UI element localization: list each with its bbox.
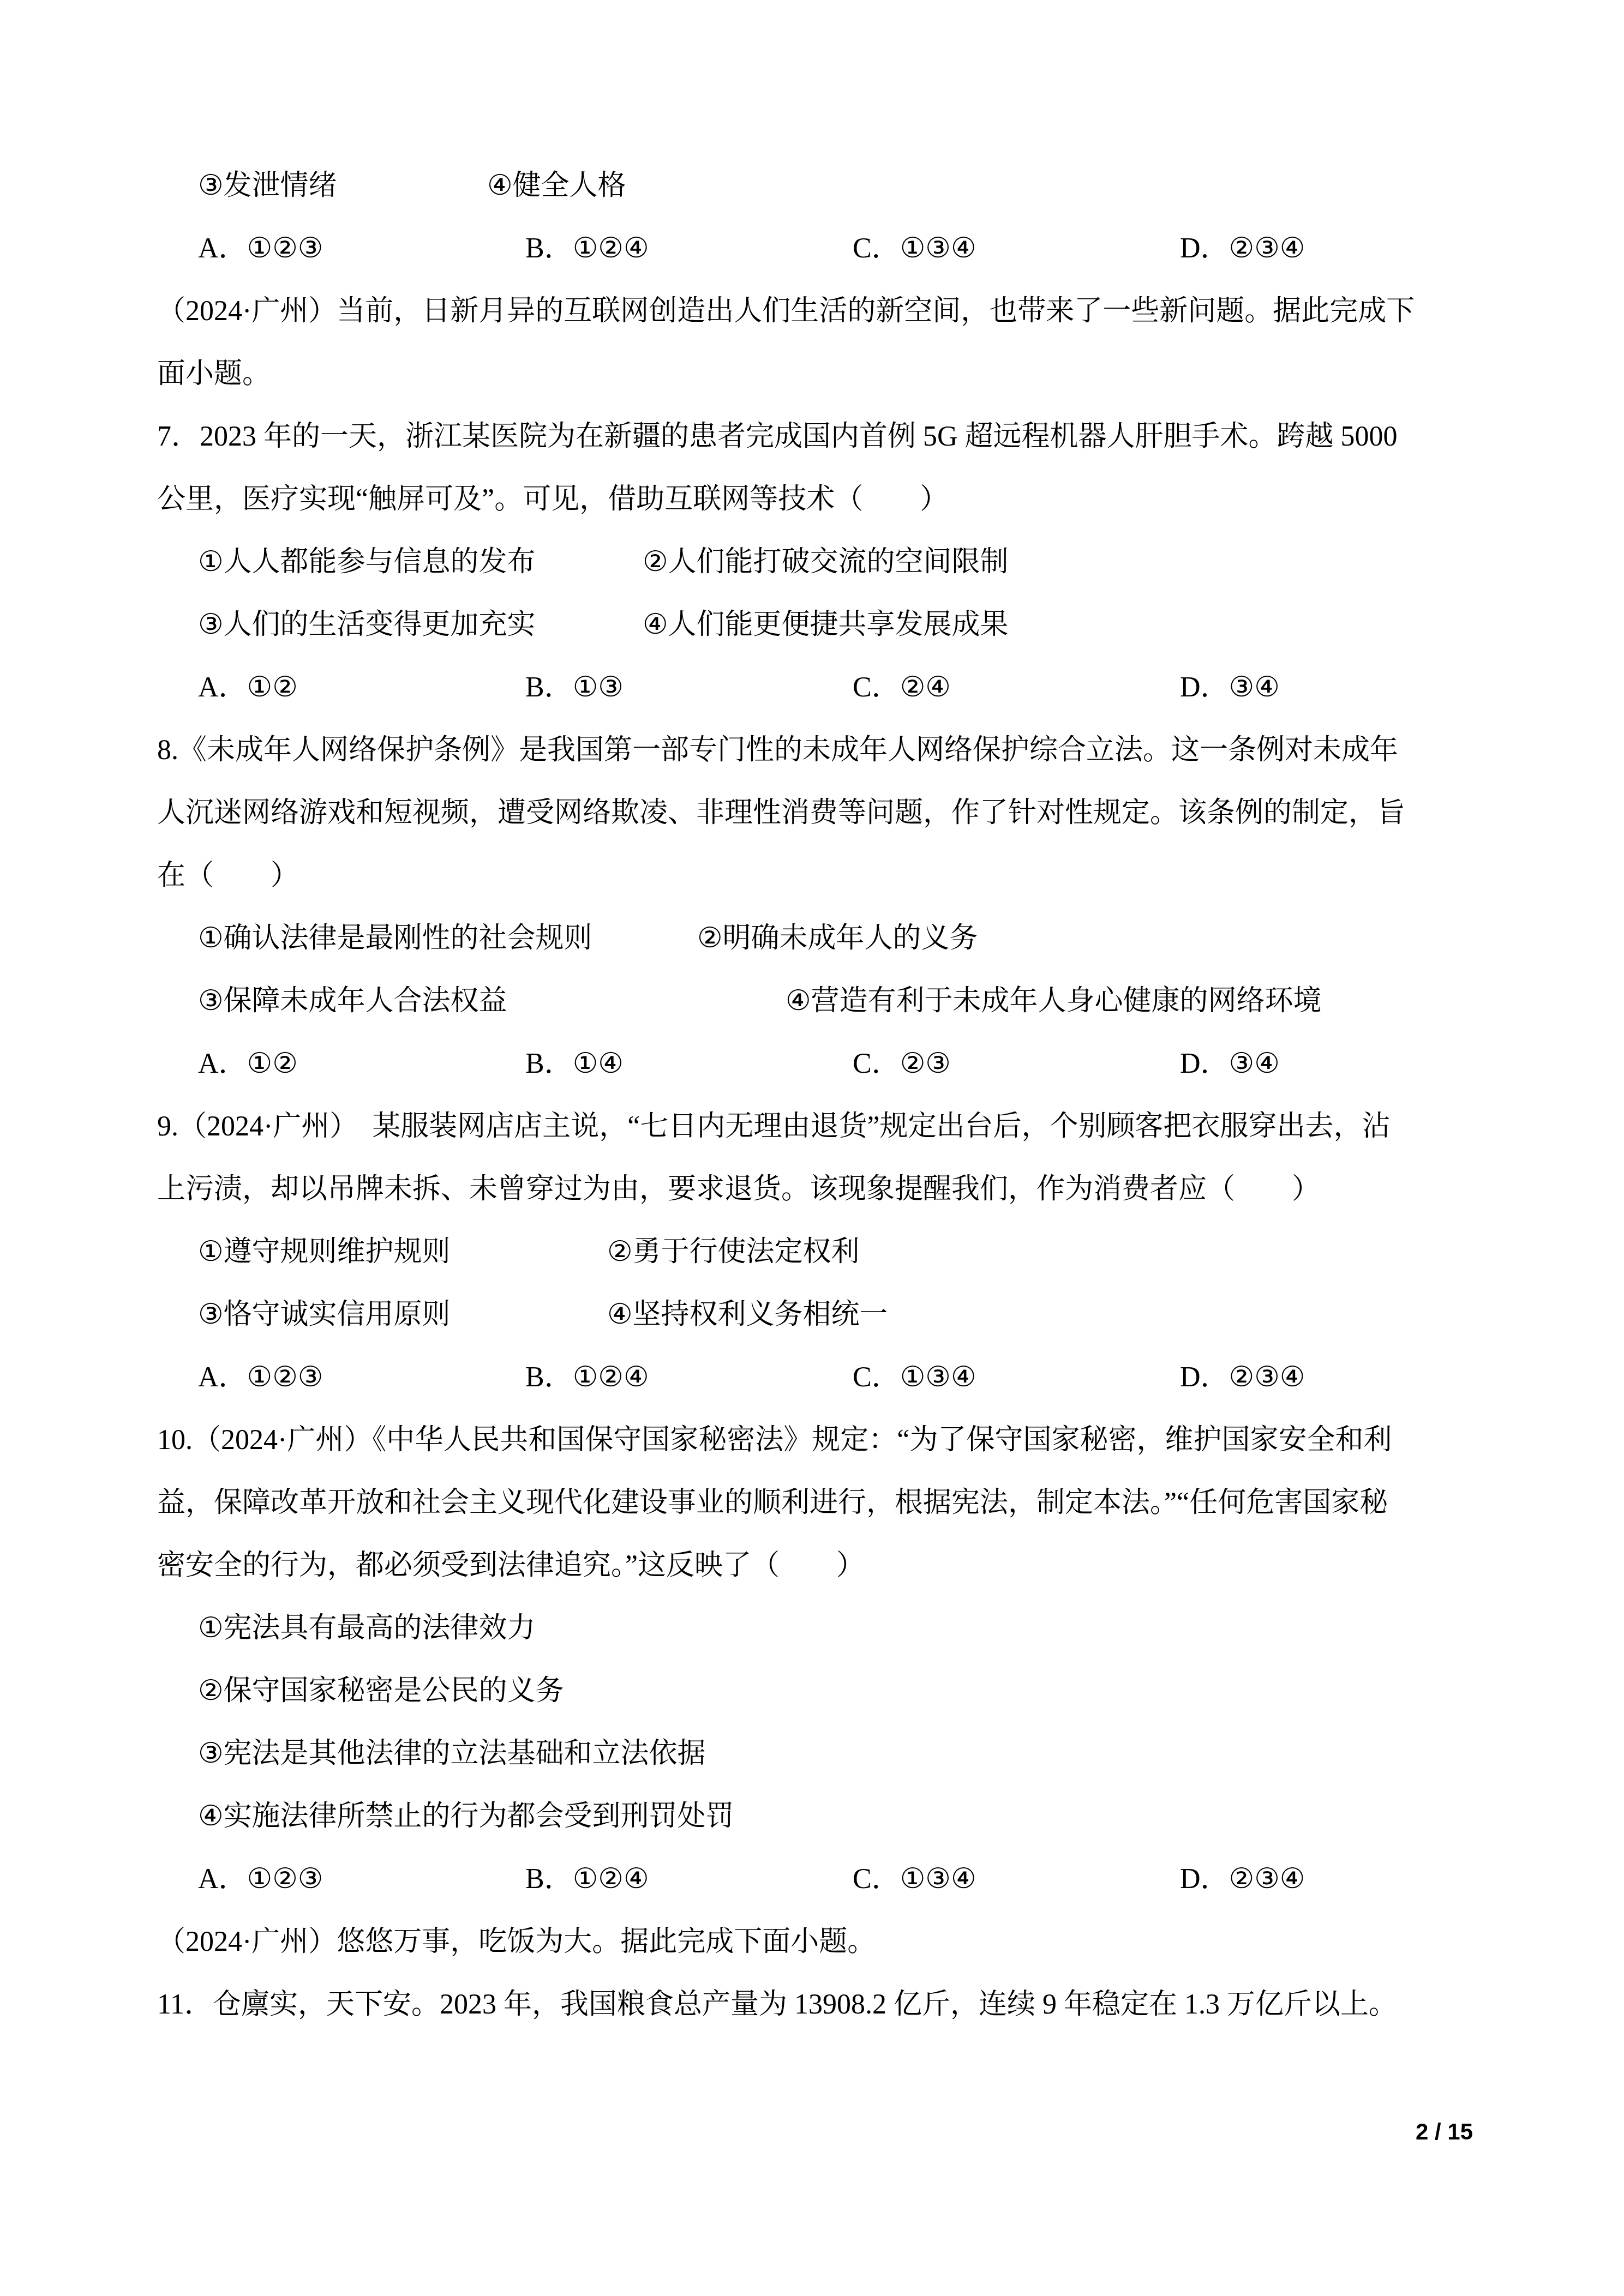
q10-option-3: ③宪法是其他法律的立法基础和立法依据 — [157, 1722, 1494, 1785]
q9-stem-line-1: 9.（2024·广州） 某服装网店店主说，“七日内无理由退货”规定出台后，个别顾… — [157, 1095, 1494, 1158]
q10-stem-line-1: 10.（2024·广州）《中华人民共和国保守国家秘密法》规定：“为了保守国家秘密… — [157, 1409, 1494, 1471]
q8-option-1: ①确认法律是最刚性的社会规则 — [198, 907, 697, 970]
choice-a: A．①② — [198, 1032, 525, 1095]
q10-option-4: ④实施法律所禁止的行为都会受到刑罚处罚 — [157, 1785, 1494, 1848]
choice-b: B．①③ — [525, 656, 853, 719]
q6-option-3: ③发泄情绪 — [198, 154, 487, 217]
choice-c: C．①③④ — [853, 1848, 1180, 1910]
q6-options-3-4: ③发泄情绪④健全人格 — [157, 154, 1494, 217]
q8-stem-line-1: 8.《未成年人网络保护条例》是我国第一部专门性的未成年人网络保护综合立法。这一条… — [157, 719, 1494, 782]
q8-options-1-2: ①确认法律是最刚性的社会规则②明确未成年人的义务 — [157, 907, 1494, 970]
choice-b: B．①④ — [525, 1032, 853, 1095]
q6-option-4: ④健全人格 — [487, 170, 626, 201]
choice-b: B．①②④ — [525, 217, 853, 280]
q9-options-1-2: ①遵守规则维护规则②勇于行使法定权利 — [157, 1221, 1494, 1283]
choice-c: C．②③ — [853, 1032, 1180, 1095]
q6-answer-choices: A．①②③B．①②④C．①③④D．②③④ — [157, 217, 1494, 280]
q7-stem-line-2: 公里，医疗实现“触屏可及”。可见，借助互联网等技术（ ） — [157, 468, 1494, 531]
choice-a: A．①② — [198, 656, 525, 719]
q8-stem-line-3: 在（ ） — [157, 844, 1494, 907]
choice-d: D．③④ — [1180, 656, 1280, 719]
choice-b: B．①②④ — [525, 1848, 853, 1910]
q7-options-1-2: ①人人都能参与信息的发布②人们能打破交流的空间限制 — [157, 531, 1494, 593]
q7-option-1: ①人人都能参与信息的发布 — [198, 531, 643, 593]
choice-a: A．①②③ — [198, 1848, 525, 1910]
q10-option-1: ①宪法具有最高的法律效力 — [157, 1597, 1494, 1660]
page-number: 2 / 15 — [1416, 2120, 1473, 2143]
q10-option-2: ②保守国家秘密是公民的义务 — [157, 1660, 1494, 1722]
q9-stem-line-2: 上污渍，却以吊牌未拆、未曾穿过为由，要求退货。该现象提醒我们，作为消费者应（ ） — [157, 1158, 1494, 1221]
q10-stem-line-3: 密安全的行为，都必须受到法律追究。”这反映了（ ） — [157, 1534, 1494, 1597]
q8-options-3-4: ③保障未成年人合法权益④营造有利于未成年人身心健康的网络环境 — [157, 970, 1494, 1032]
q8-option-4: ④营造有利于未成年人身心健康的网络环境 — [786, 985, 1322, 1017]
q7-option-3: ③人们的生活变得更加充实 — [198, 593, 643, 656]
choice-d: D．③④ — [1180, 1032, 1280, 1095]
q7-answer-choices: A．①②B．①③C．②④D．③④ — [157, 656, 1494, 719]
choice-d: D．②③④ — [1180, 217, 1305, 280]
q9-option-4: ④坚持权利义务相统一 — [607, 1299, 888, 1330]
q9-options-3-4: ③恪守诚实信用原则④坚持权利义务相统一 — [157, 1283, 1494, 1346]
choice-d: D．②③④ — [1180, 1346, 1305, 1409]
passage-food-line: （2024·广州）悠悠万事，吃饭为大。据此完成下面小题。 — [157, 1910, 1494, 1973]
q9-answer-choices: A．①②③B．①②④C．①③④D．②③④ — [157, 1346, 1494, 1409]
choice-a: A．①②③ — [198, 217, 525, 280]
choice-c: C．②④ — [853, 656, 1180, 719]
q7-options-3-4: ③人们的生活变得更加充实④人们能更便捷共享发展成果 — [157, 593, 1494, 656]
q7-stem-line-1: 7．2023 年的一天，浙江某医院为在新疆的患者完成国内首例 5G 超远程机器人… — [157, 405, 1494, 468]
q9-option-1: ①遵守规则维护规则 — [198, 1221, 607, 1283]
q10-answer-choices: A．①②③B．①②④C．①③④D．②③④ — [157, 1848, 1494, 1910]
document-content: ③发泄情绪④健全人格 A．①②③B．①②④C．①③④D．②③④ （2024·广州… — [157, 154, 1494, 2036]
q8-option-2: ②明确未成年人的义务 — [697, 923, 978, 954]
q8-stem-line-2: 人沉迷网络游戏和短视频，遭受网络欺凌、非理性消费等问题，作了针对性规定。该条例的… — [157, 782, 1494, 844]
q9-option-3: ③恪守诚实信用原则 — [198, 1283, 607, 1346]
choice-b: B．①②④ — [525, 1346, 853, 1409]
q10-stem-line-2: 益，保障改革开放和社会主义现代化建设事业的顺利进行，根据宪法，制定本法。”“任何… — [157, 1471, 1494, 1534]
choice-a: A．①②③ — [198, 1346, 525, 1409]
q7-option-4: ④人们能更便捷共享发展成果 — [643, 609, 1009, 640]
passage-internet-line-2: 面小题。 — [157, 342, 1494, 405]
q8-option-3: ③保障未成年人合法权益 — [198, 970, 786, 1032]
choice-c: C．①③④ — [853, 1346, 1180, 1409]
q7-option-2: ②人们能打破交流的空间限制 — [643, 546, 1009, 578]
q9-option-2: ②勇于行使法定权利 — [607, 1236, 860, 1267]
choice-c: C．①③④ — [853, 217, 1180, 280]
passage-internet-line-1: （2024·广州）当前，日新月异的互联网创造出人们生活的新空间，也带来了一些新问… — [157, 280, 1494, 342]
q11-stem-line-1: 11．仓廪实，天下安。2023 年，我国粮食总产量为 13908.2 亿斤，连续… — [157, 1973, 1494, 2036]
q8-answer-choices: A．①②B．①④C．②③D．③④ — [157, 1032, 1494, 1095]
choice-d: D．②③④ — [1180, 1848, 1305, 1910]
exam-page: { "doc": { "lines": [ { "a": "③发泄情绪", "b… — [0, 0, 1624, 2296]
